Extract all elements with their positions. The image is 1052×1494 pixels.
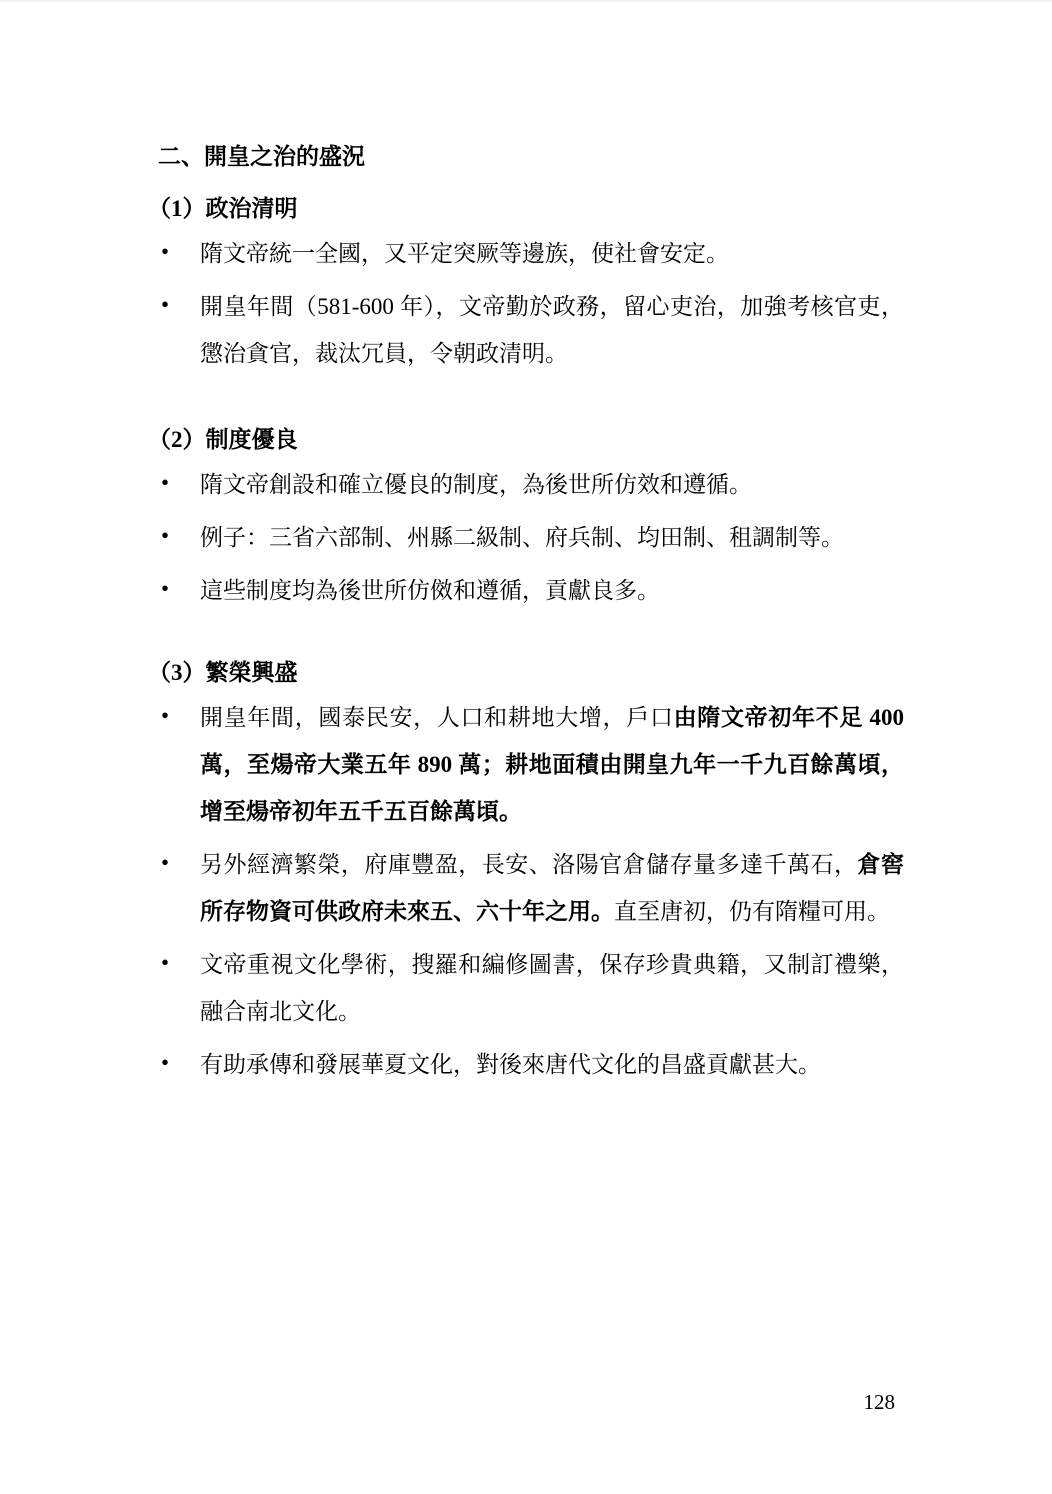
section-1-bullet-list: • 隋文帝統一全國，又平定突厥等邊族，使社會安定。 • 開皇年間（581-600… [158, 230, 904, 377]
bullet-icon: • [161, 939, 169, 986]
bullet-item: • 這些制度均為後世所仿傚和遵循，貢獻良多。 [158, 567, 904, 614]
bullet-icon: • [161, 281, 169, 328]
page-number: 128 [864, 1390, 896, 1414]
section-prosperity: （3）繁榮興盛 • 開皇年間，國泰民安，人口和耕地大增，戶口由隋文帝初年不足 4… [158, 647, 904, 1088]
bullet-text: 例子：三省六部制、州縣二級制、府兵制、均田制、租調制等。 [200, 514, 904, 561]
section-1-heading: （1）政治清明 [148, 183, 904, 235]
bullet-text: 隋文帝統一全國，又平定突厥等邊族，使社會安定。 [200, 230, 904, 277]
section-3-bullet-list: • 開皇年間，國泰民安，人口和耕地大增，戶口由隋文帝初年不足 400 萬，至煬帝… [158, 694, 904, 1088]
document-content: 二、開皇之治的盛況 （1）政治清明 • 隋文帝統一全國，又平定突厥等邊族，使社會… [158, 131, 904, 1094]
bullet-text: 另外經濟繁榮，府庫豐盈，長安、洛陽官倉儲存量多達千萬石，倉窖所存物資可供政府未來… [200, 841, 904, 935]
bullet-item: • 開皇年間（581-600 年），文帝勤於政務，留心吏治，加強考核官吏，懲治貪… [158, 283, 904, 377]
bullet-icon: • [161, 512, 169, 559]
document-title: 二、開皇之治的盛況 [158, 131, 904, 183]
bullet-text: 這些制度均為後世所仿傚和遵循，貢獻良多。 [200, 567, 904, 614]
bullet-text: 隋文帝創設和確立優良的制度，為後世所仿效和遵循。 [200, 461, 904, 508]
section-2-heading: （2）制度優良 [148, 414, 904, 466]
bullet-item: • 例子：三省六部制、州縣二級制、府兵制、均田制、租調制等。 [158, 514, 904, 561]
bullet-text: 文帝重視文化學術，搜羅和編修圖書，保存珍貴典籍，又制訂禮樂，融合南北文化。 [200, 941, 904, 1035]
bullet-icon: • [161, 1039, 169, 1086]
section-2-bullet-list: • 隋文帝創設和確立優良的制度，為後世所仿效和遵循。 • 例子：三省六部制、州縣… [158, 461, 904, 614]
bullet-item: • 另外經濟繁榮，府庫豐盈，長安、洛陽官倉儲存量多達千萬石，倉窖所存物資可供政府… [158, 841, 904, 935]
bullet-icon: • [161, 839, 169, 886]
bullet-text: 開皇年間，國泰民安，人口和耕地大增，戶口由隋文帝初年不足 400 萬，至煬帝大業… [200, 694, 904, 835]
bullet-item: • 文帝重視文化學術，搜羅和編修圖書，保存珍貴典籍，又制訂禮樂，融合南北文化。 [158, 941, 904, 1035]
section-good-institutions: （2）制度優良 • 隋文帝創設和確立優良的制度，為後世所仿效和遵循。 • 例子：… [158, 414, 904, 614]
bullet-icon: • [161, 565, 169, 612]
section-political-clarity: （1）政治清明 • 隋文帝統一全國，又平定突厥等邊族，使社會安定。 • 開皇年間… [158, 183, 904, 377]
section-3-heading: （3）繁榮興盛 [148, 647, 904, 699]
document-page: 二、開皇之治的盛況 （1）政治清明 • 隋文帝統一全國，又平定突厥等邊族，使社會… [0, 0, 1052, 1494]
bullet-item: • 有助承傳和發展華夏文化，對後來唐代文化的昌盛貢獻甚大。 [158, 1041, 904, 1088]
bullet-icon: • [161, 459, 169, 506]
bullet-icon: • [161, 692, 169, 739]
bullet-item: • 隋文帝統一全國，又平定突厥等邊族，使社會安定。 [158, 230, 904, 277]
bullet-item: • 開皇年間，國泰民安，人口和耕地大增，戶口由隋文帝初年不足 400 萬，至煬帝… [158, 694, 904, 835]
bullet-text: 有助承傳和發展華夏文化，對後來唐代文化的昌盛貢獻甚大。 [200, 1041, 904, 1088]
bullet-icon: • [161, 228, 169, 275]
bullet-item: • 隋文帝創設和確立優良的制度，為後世所仿效和遵循。 [158, 461, 904, 508]
bullet-text: 開皇年間（581-600 年），文帝勤於政務，留心吏治，加強考核官吏，懲治貪官，… [200, 283, 904, 377]
